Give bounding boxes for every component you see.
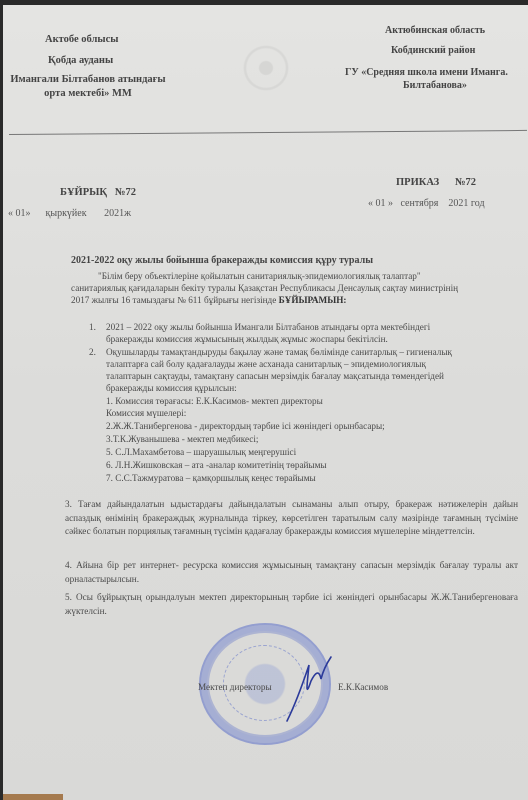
item-1-line: 2021 – 2022 оқу жылы бойынша Имангали Бі…: [106, 321, 430, 333]
preamble-line2: санитариялық қағидаларын бекіту туралы Қ…: [71, 282, 458, 294]
item-2-line: талаптарға сай болу қадағалауды және асх…: [106, 358, 426, 370]
order-kz-date: « 01» қыркүйек 2021ж: [8, 208, 131, 219]
header-kz-district: Қобда ауданы: [48, 55, 113, 66]
paragraph-4: 4. Айына бір рет интернет- ресурска коми…: [65, 559, 518, 586]
emblem-watermark-icon: [221, 23, 311, 113]
preamble-line1: "Білім беру объектілеріне қойылатын сани…: [98, 270, 421, 282]
item-2-line: Оқушыларды тамақтандыруды бақылау және т…: [106, 346, 452, 358]
signature-role: Мектеп директоры: [198, 681, 272, 693]
commission-member: 3.Т.К.Жуванышева - мектеп медбикесі;: [106, 433, 258, 445]
header-divider: [9, 130, 527, 135]
signature-name: Е.К.Касимов: [338, 681, 388, 693]
desk-edge: [3, 794, 63, 800]
commission-chair: 1. Комиссия төрағасы: Е.К.Касимов- мекте…: [106, 395, 323, 407]
commission-members-heading: Комиссия мүшелері:: [106, 407, 186, 419]
preamble-line3: 2017 жылғы 16 тамыздағы № 611 бұйрығы не…: [71, 294, 346, 306]
commission-member: 7. С.С.Тажмуратова – қамқоршылық кеңес т…: [106, 472, 316, 484]
header-kz-region: Актобе облысы: [45, 34, 119, 45]
document-title: 2021-2022 оқу жылы бойынша бракеражды ко…: [71, 255, 373, 266]
commission-member: 2.Ж.Ж.Танибергенова - директордың тәрбие…: [106, 420, 385, 432]
item-2-line: талаптарын сақтауды, тамақтану сапасын м…: [106, 370, 444, 382]
item-2-number: 2.: [89, 346, 96, 358]
header-ru-district: Кобдинский район: [391, 45, 475, 56]
paragraph-5: 5. Осы бұйрықтың орындалуын мектеп дирек…: [65, 591, 518, 618]
commission-member: 6. Л.Н.Жишковская – ата -аналар комитеті…: [106, 459, 327, 471]
document-page: Актобе облысы Қобда ауданы Имангали Білт…: [3, 5, 528, 800]
header-ru-school-line1: ГУ «Средняя школа имени Иманга.: [345, 67, 508, 78]
item-2-line: бракеражды комиссия құрылсын:: [106, 382, 237, 394]
commission-member: 5. С.Л.Махамбетова – шаруашылық меңгеруш…: [106, 446, 296, 458]
order-ru-title: ПРИКАЗ №72: [396, 177, 476, 188]
header-kz-school-line1: Имангали Білтабанов атындағы: [3, 74, 173, 85]
paragraph-3: 3. Тағам дайындалатын ыдыстардағы дайынд…: [65, 498, 518, 539]
header-ru-school-line2: Билтабанова»: [403, 80, 467, 91]
handwritten-signature-icon: [285, 655, 333, 725]
order-ru-date: « 01 » сентября 2021 год: [368, 198, 485, 209]
header-ru-region: Актюбинская область: [385, 25, 485, 36]
item-1-number: 1.: [89, 321, 96, 333]
order-kz-title: БҰЙРЫҚ №72: [60, 187, 136, 198]
item-1-line: бракеражды комиссия жұмысының жылдық жұм…: [106, 333, 388, 345]
header-kz-school-line2: орта мектебі» ММ: [3, 88, 173, 99]
